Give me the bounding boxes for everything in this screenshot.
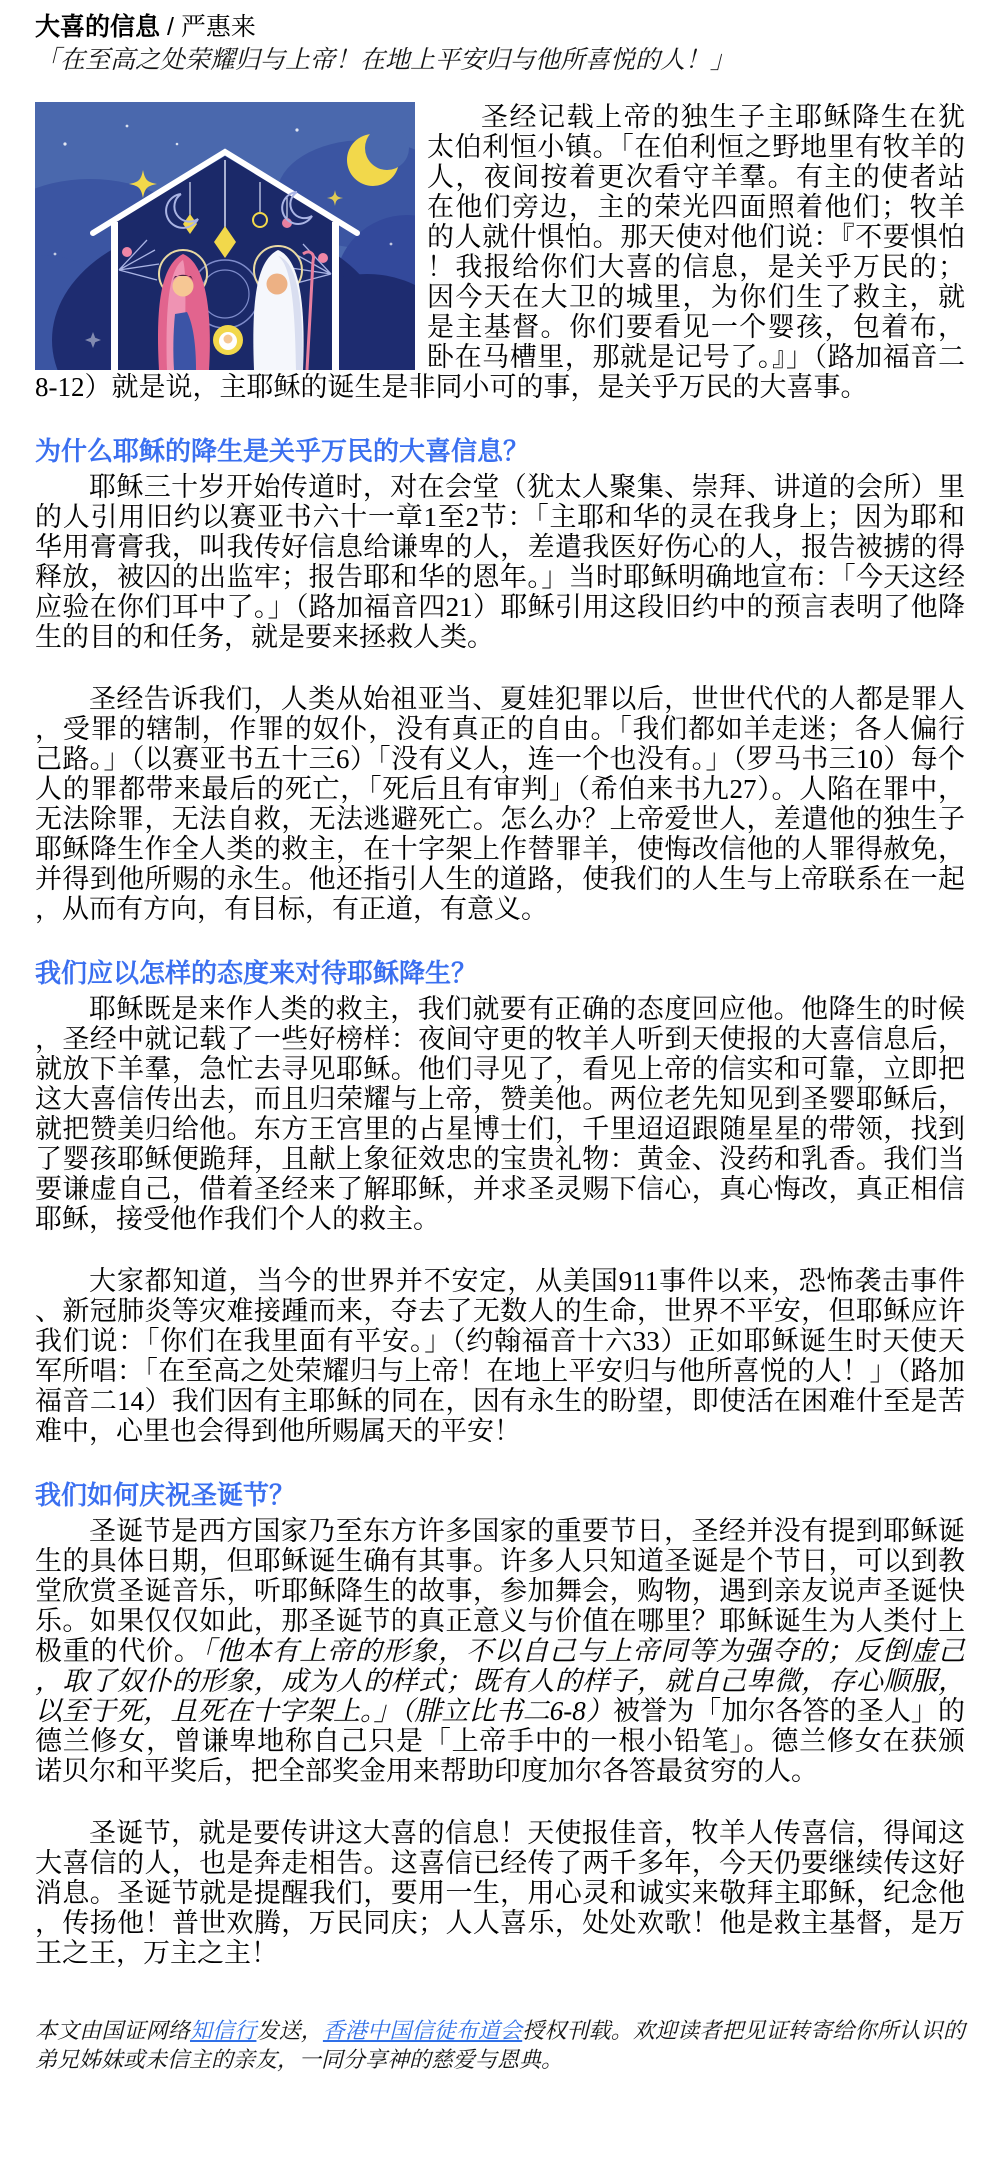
paragraph: 耶稣三十岁开始传道时，对在会堂（犹太人聚集、崇拜、讲道的会所）里的人引用旧约以赛… [35, 472, 965, 652]
footer-link-zhixinxing[interactable]: 知信行 [190, 2018, 256, 2043]
section-heading-attitude: 我们应以怎样的态度来对待耶稣降生？ [35, 956, 965, 990]
footer-text: 本文由国证网络 [35, 2018, 190, 2043]
baby-jesus-figure [213, 325, 243, 355]
article-subtitle: 「在至高之处荣耀归与上帝！在地上平安归与他所喜悦的人！」 [35, 44, 965, 78]
nativity-illustration [35, 102, 415, 370]
footer-text: 发送， [256, 2018, 322, 2043]
section-heading-why-good-news: 为什么耶稣的降生是关乎万民的大喜信息？ [35, 434, 965, 468]
paragraph: 圣经告诉我们，人类从始祖亚当、夏娃犯罪以后，世世代代的人都是罪人，受罪的辖制，作… [35, 684, 965, 924]
paragraph-with-quote: 圣诞节是西方国家乃至东方许多国家的重要节日，圣经并没有提到耶稣诞生的具体日期，但… [35, 1516, 965, 1786]
paragraph: 大家都知道，当今的世界并不安定，从美国911事件以来，恐怖袭击事件、新冠肺炎等灾… [35, 1266, 965, 1446]
paragraph: 耶稣既是来作人类的救主，我们就要有正确的态度回应他。他降生的时候，圣经中就记载了… [35, 994, 965, 1234]
footer-link-ccm-hk[interactable]: 香港中国信徒布道会 [323, 2018, 522, 2043]
article-author: 严惠来 [181, 13, 256, 41]
article-page: 大喜的信息 / 严惠来 「在至高之处荣耀归与上帝！在地上平安归与他所喜悦的人！」 [0, 0, 1000, 2074]
article-title: 大喜的信息 [35, 13, 160, 41]
footer-note: 本文由国证网络知信行发送，香港中国信徒布道会授权刊载。欢迎读者把见证转寄给你所认… [35, 2016, 965, 2074]
intro-section: 圣经记载上帝的独生子主耶稣降生在犹太伯利恒小镇。「在伯利恒之野地里有牧羊的人，夜… [35, 102, 965, 402]
article-title-row: 大喜的信息 / 严惠来 [35, 10, 965, 44]
paragraph: 圣诞节，就是要传讲这大喜的信息！天使报佳音，牧羊人传喜信，得闻这大喜信的人，也是… [35, 1818, 965, 1968]
section-heading-celebrate-christmas: 我们如何庆祝圣诞节？ [35, 1478, 965, 1512]
title-author-separator: / [160, 13, 181, 41]
